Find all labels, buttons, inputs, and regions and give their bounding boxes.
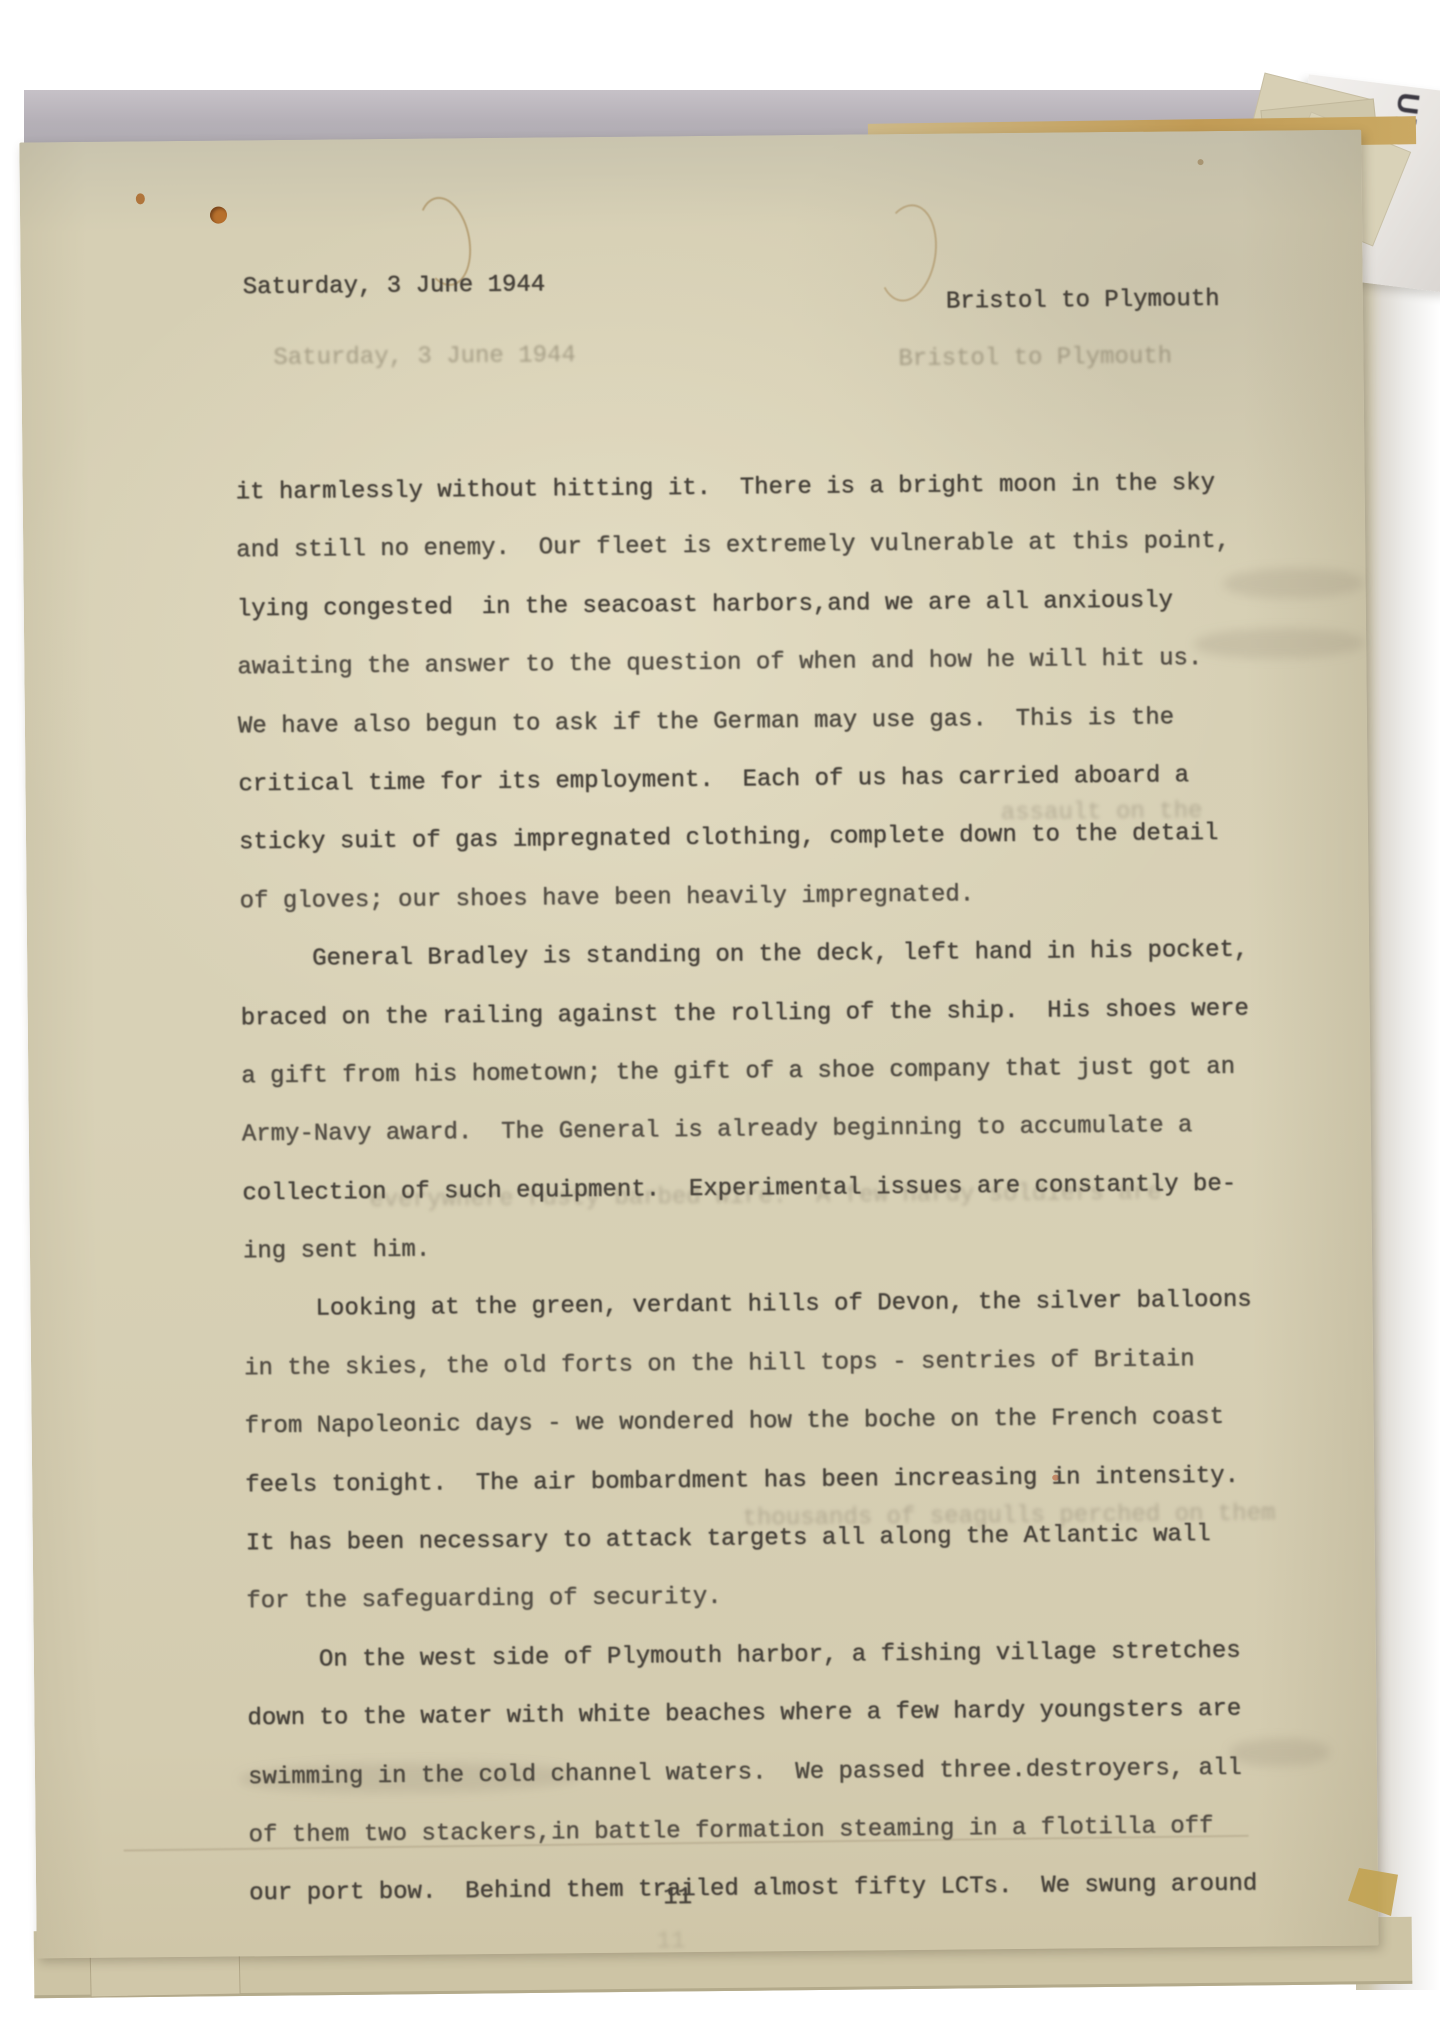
- body-line: of gloves; our shoes have been heavily i…: [239, 878, 1248, 946]
- body-line: Looking at the green, verdant hills of D…: [243, 1287, 1252, 1355]
- route-heading: Bristol to Plymouth: [946, 286, 1220, 316]
- body-line: It has been necessary to attack targets …: [246, 1521, 1255, 1589]
- scanned-document-photo: UN ER Saturday, 3 June 1944 Bristol to P…: [0, 0, 1440, 2038]
- body-line: feels tonight. The air bombardment has b…: [245, 1462, 1254, 1530]
- body-line: braced on the railing against the rollin…: [241, 995, 1250, 1063]
- rust-spot: [136, 193, 145, 204]
- body-line: it harmlessly without hitting it. There …: [236, 470, 1245, 538]
- page-number: 11: [663, 1884, 692, 1911]
- body-line: in the skies, the old forts on the hill …: [244, 1346, 1253, 1414]
- body-line: our port bow. Behind them trailed almost…: [249, 1871, 1258, 1939]
- body-line: for the safeguarding of security.: [246, 1579, 1255, 1647]
- body-line: ing sent him.: [243, 1229, 1252, 1297]
- body-text: it harmlessly without hitting it. There …: [235, 389, 1258, 1939]
- ghost-date-line: Saturday, 3 June 1944: [273, 342, 576, 372]
- rust-spot: [210, 206, 227, 223]
- body-line: a gift from his hometown; the gift of a …: [241, 1054, 1250, 1122]
- body-line: lying congested in the seacoast harbors,…: [237, 587, 1246, 655]
- typewritten-page: Saturday, 3 June 1944 Bristol to Plymout…: [19, 130, 1378, 1959]
- ring-stain-mark: [872, 200, 944, 305]
- body-line: swimming in the cold channel waters. We …: [248, 1754, 1257, 1822]
- ghost-route-line: Bristol to Plymouth: [898, 343, 1172, 373]
- body-line: from Napoleonic days - we wondered how t…: [245, 1404, 1254, 1472]
- body-line: and still no enemy. Our fleet is extreme…: [236, 528, 1245, 596]
- body-line: On the west side of Plymouth harbor, a f…: [247, 1638, 1256, 1706]
- body-line: We have also begun to ask if the German …: [238, 703, 1247, 771]
- body-line: General Bradley is standing on the deck,…: [240, 937, 1249, 1005]
- body-line: sticky suit of gas impregnated clothing,…: [239, 820, 1248, 888]
- date-heading: Saturday, 3 June 1944: [243, 271, 546, 301]
- body-line: awaiting the answer to the question of w…: [237, 645, 1246, 713]
- body-line: of them two stackers,in battle formation…: [248, 1813, 1257, 1881]
- body-line: Army-Navy award. The General is already …: [242, 1112, 1251, 1180]
- body-line: down to the water with white beaches whe…: [247, 1696, 1256, 1764]
- body-line: collection of such equipment. Experiment…: [242, 1170, 1251, 1238]
- body-line: critical time for its employment. Each o…: [238, 762, 1247, 830]
- rust-spot: [1198, 159, 1204, 165]
